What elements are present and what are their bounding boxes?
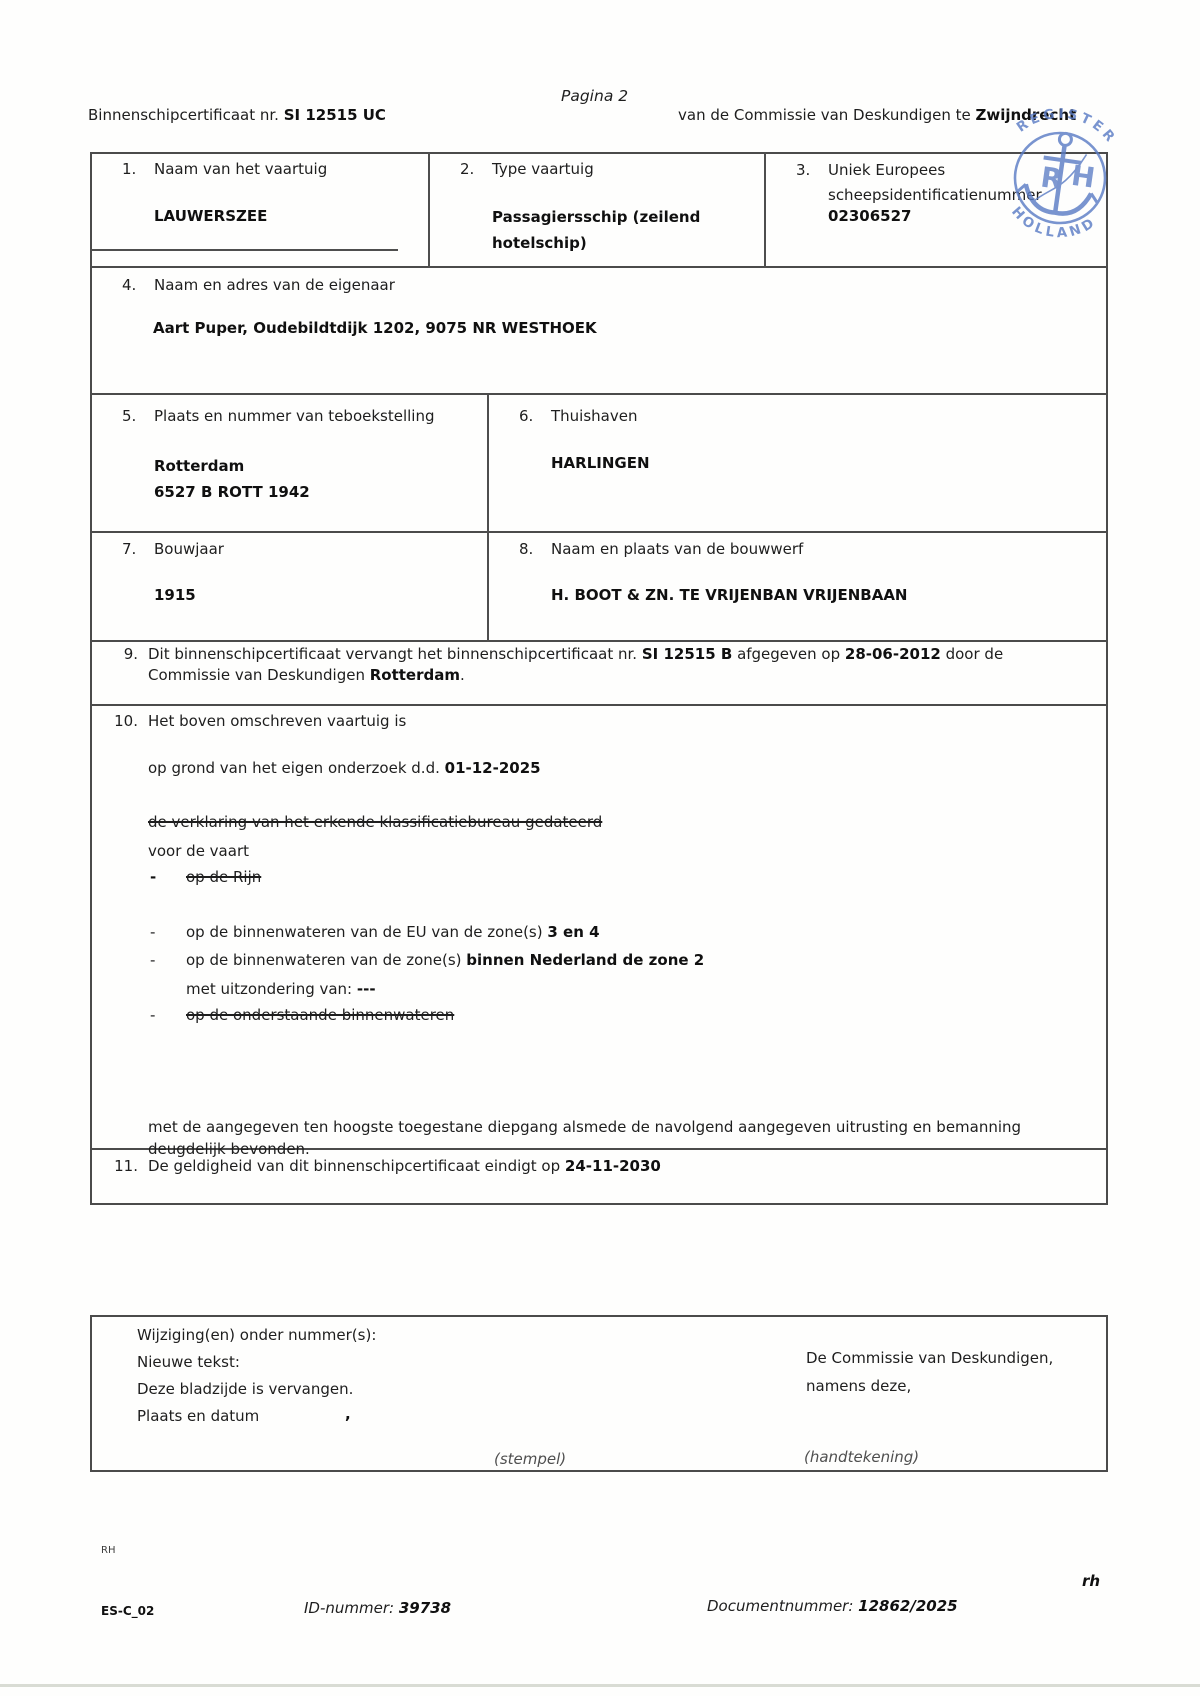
field-5-label: 5.Plaats en nummer van teboekstelling bbox=[122, 406, 435, 426]
field-3-number: 3. bbox=[796, 158, 828, 183]
field-9-text2: afgegeven op bbox=[732, 645, 845, 663]
field-10-voor-de-vaart: voor de vaart bbox=[148, 841, 249, 861]
exception-value: --- bbox=[357, 980, 376, 998]
field-6-label-text: Thuishaven bbox=[551, 407, 637, 425]
field-7-label-text: Bouwjaar bbox=[154, 540, 224, 558]
bullet-other-dash: - bbox=[150, 1005, 186, 1025]
signature-placeholder-label: (handtekening) bbox=[804, 1447, 919, 1467]
change-box-place-date-label: Plaats en datum bbox=[137, 1406, 259, 1426]
field-5-value: Rotterdam 6527 B ROTT 1942 bbox=[154, 453, 310, 505]
field-11-validity-line: De geldigheid van dit binnenschipcertifi… bbox=[148, 1156, 661, 1176]
field-2-label-text: Type vaartuig bbox=[492, 160, 594, 178]
bullet-eu-zones-value: 3 en 4 bbox=[547, 923, 599, 941]
field-5-number: 5. bbox=[122, 406, 154, 426]
field-5-value-line1: Rotterdam bbox=[154, 453, 310, 479]
field-10-closing-line1: met de aangegeven ten hoogste toegestane… bbox=[148, 1116, 1021, 1138]
footer-doc-value: 12862/2025 bbox=[858, 1597, 957, 1615]
divider-fields-5-6 bbox=[487, 395, 489, 533]
change-box-commission-line: De Commissie van Deskundigen, bbox=[806, 1348, 1053, 1368]
field-10-inspection-prefix: op grond van het eigen onderzoek d.d. bbox=[148, 759, 445, 777]
field-10-inspection-line: op grond van het eigen onderzoek d.d. 01… bbox=[148, 758, 541, 778]
field-10-closing: met de aangegeven ten hoogste toegestane… bbox=[148, 1116, 1021, 1160]
footer-doc-label: Documentnummer: bbox=[707, 1597, 858, 1615]
field-4-number: 4. bbox=[122, 275, 154, 295]
change-box-line2: Nieuwe tekst: bbox=[137, 1352, 240, 1372]
page-bottom-scan-line bbox=[0, 1684, 1200, 1687]
field-9-issue-date: 28-06-2012 bbox=[845, 645, 941, 663]
field-9-text4: Commissie van Deskundigen bbox=[148, 666, 370, 684]
certificate-number-header: Binnenschipcertificaat nr. SI 12515 UC bbox=[88, 105, 386, 125]
field-4-value: Aart Puper, Oudebildtdijk 1202, 9075 NR … bbox=[153, 318, 597, 338]
field-9-text3: door de bbox=[941, 645, 1003, 663]
field-6-label: 6.Thuishaven bbox=[519, 406, 637, 426]
field-9-number: 9. bbox=[96, 644, 138, 664]
page-number-label: Pagina 2 bbox=[561, 86, 628, 106]
change-box-namens-line: namens deze, bbox=[806, 1376, 911, 1396]
field-2-label: 2.Type vaartuig bbox=[460, 159, 594, 179]
divider-col2-col3 bbox=[764, 152, 766, 268]
bullet-rijn-dash: - bbox=[150, 867, 186, 887]
field-3-value: 02306527 bbox=[828, 206, 912, 226]
bullet-nl-zones: -op de binnenwateren van de zone(s) binn… bbox=[150, 950, 704, 970]
field-6-number: 6. bbox=[519, 406, 551, 426]
field-11-expiry-date: 24-11-2030 bbox=[565, 1157, 661, 1175]
field-5-value-line2: 6527 B ROTT 1942 bbox=[154, 479, 310, 505]
field-1-number: 1. bbox=[122, 159, 154, 179]
field-7-label: 7.Bouwjaar bbox=[122, 539, 224, 559]
divider-col1-col2 bbox=[428, 152, 430, 268]
field-9-replaced-number: SI 12515 B bbox=[642, 645, 732, 663]
bullet-nl-dash: - bbox=[150, 950, 186, 970]
field-7-value: 1915 bbox=[154, 585, 196, 605]
footer-id-number: ID-nummer: 39738 bbox=[304, 1598, 451, 1618]
field-9-commission-place: Rotterdam bbox=[370, 666, 460, 684]
bullet-nl-zones-value: binnen Nederland de zone 2 bbox=[466, 951, 704, 969]
register-holland-stamp: REGISTER HOLLAND R H bbox=[964, 82, 1156, 274]
field-10-inspection-date: 01-12-2025 bbox=[445, 759, 541, 777]
change-box-line3: Deze bladzijde is vervangen. bbox=[137, 1379, 353, 1399]
field-2-value: Passagiersschip (zeilend hotelschip) bbox=[492, 204, 700, 256]
footer-form-code: ES-C_02 bbox=[101, 1601, 154, 1621]
bullet-eu-text: op de binnenwateren van de EU van de zon… bbox=[186, 923, 547, 941]
bullet-nl-text: op de binnenwateren van de zone(s) bbox=[186, 951, 466, 969]
bullet-rijn-text: op de Rijn bbox=[186, 868, 261, 886]
field-1-label-text: Naam van het vaartuig bbox=[154, 160, 327, 178]
divider-fields-7-8 bbox=[487, 533, 489, 642]
field-10-struck-classification: de verklaring van het erkende klassifica… bbox=[148, 812, 602, 832]
field-5-label-text: Plaats en nummer van teboekstelling bbox=[154, 407, 435, 425]
field-6-value: HARLINGEN bbox=[551, 453, 650, 473]
bullet-eu-dash: - bbox=[150, 922, 186, 942]
field-10-number: 10. bbox=[96, 711, 138, 731]
field-7-number: 7. bbox=[122, 539, 154, 559]
field-4-label: 4.Naam en adres van de eigenaar bbox=[122, 275, 395, 295]
field-8-label-text: Naam en plaats van de bouwwerf bbox=[551, 540, 803, 558]
field-2-value-line1: Passagiersschip (zeilend bbox=[492, 204, 700, 230]
field-2-number: 2. bbox=[460, 159, 492, 179]
field-8-label: 8.Naam en plaats van de bouwwerf bbox=[519, 539, 803, 559]
field-1-value: LAUWERSZEE bbox=[154, 206, 267, 226]
field-2-value-line2: hotelschip) bbox=[492, 230, 700, 256]
field-10-intro: Het boven omschreven vaartuig is bbox=[148, 711, 406, 731]
bullet-other-text: op de onderstaande binnenwateren bbox=[186, 1006, 454, 1024]
stamp-letter-h: H bbox=[1069, 159, 1097, 195]
footer-initials-small: RH bbox=[101, 1541, 115, 1561]
change-box-line1: Wijziging(en) onder nummer(s): bbox=[137, 1325, 376, 1345]
bullet-rijn: -op de Rijn bbox=[150, 867, 261, 887]
footer-document-number: Documentnummer: 12862/2025 bbox=[707, 1596, 958, 1616]
stamp-placeholder-label: (stempel) bbox=[494, 1449, 566, 1469]
stamp-letter-r: R bbox=[1039, 161, 1065, 197]
field-9-text: Dit binnenschipcertificaat vervangt het … bbox=[148, 645, 642, 663]
certificate-number-value: SI 12515 UC bbox=[284, 106, 386, 124]
field-11-number: 11. bbox=[96, 1156, 138, 1176]
footer-id-value: 39738 bbox=[399, 1599, 451, 1617]
exception-prefix: met uitzondering van: bbox=[186, 980, 357, 998]
field-4-label-text: Naam en adres van de eigenaar bbox=[154, 276, 395, 294]
certificate-number-prefix: Binnenschipcertificaat nr. bbox=[88, 106, 284, 124]
field-1-label: 1.Naam van het vaartuig bbox=[122, 159, 327, 179]
field-9-line1: Dit binnenschipcertificaat vervangt het … bbox=[148, 644, 1003, 664]
field-11-prefix: De geldigheid van dit binnenschipcertifi… bbox=[148, 1157, 565, 1175]
bullet-other-waters: -op de onderstaande binnenwateren bbox=[150, 1005, 454, 1025]
change-box-comma: , bbox=[345, 1404, 351, 1424]
certificate-page: Pagina 2 Binnenschipcertificaat nr. SI 1… bbox=[0, 0, 1200, 1696]
stamp-arc-top-text: REGISTER bbox=[1012, 99, 1123, 149]
bullet-eu-zones: -op de binnenwateren van de EU van de zo… bbox=[150, 922, 600, 942]
field-8-number: 8. bbox=[519, 539, 551, 559]
exception-line: met uitzondering van: --- bbox=[186, 979, 376, 999]
commission-prefix: van de Commissie van Deskundigen te bbox=[678, 106, 975, 124]
footer-initials-italic: rh bbox=[1082, 1571, 1100, 1591]
field-8-value: H. BOOT & ZN. TE VRIJENBAN VRIJENBAAN bbox=[551, 585, 907, 605]
footer-id-label: ID-nummer: bbox=[304, 1599, 399, 1617]
field-9-line2: Commissie van Deskundigen Rotterdam. bbox=[148, 665, 465, 685]
cell1-bottom-line bbox=[90, 249, 398, 251]
field-9-period: . bbox=[460, 666, 465, 684]
